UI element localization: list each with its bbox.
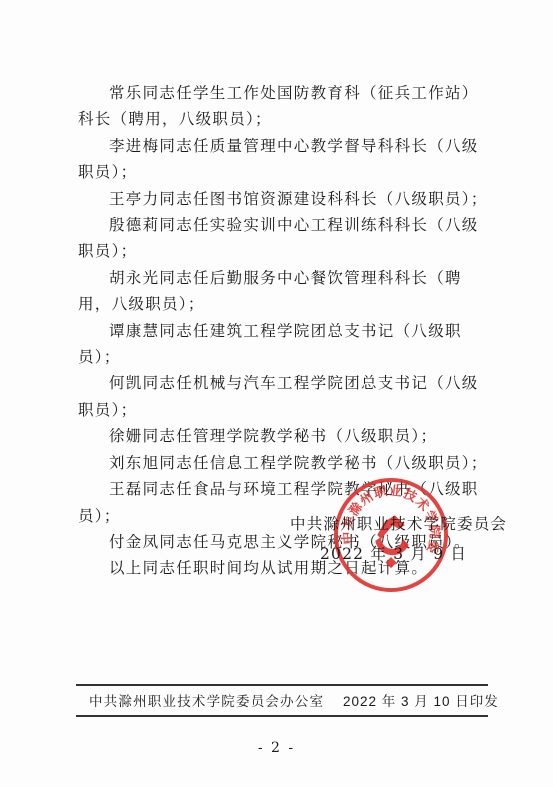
appointment-paragraph: 王亭力同志任图书馆资源建设科科长（八级职员）； — [78, 186, 490, 212]
appointment-paragraph: 殷德莉同志任实验实训中心工程训练科科长（八级职员）； — [78, 212, 490, 265]
footer-top-rule — [76, 684, 488, 686]
appointment-paragraph: 刘东旭同志任信息工程学院教学秘书（八级职员）； — [78, 450, 490, 476]
appointment-paragraph: 常乐同志任学生工作处国防教育科（征兵工作站）科长（聘用，八级职员）； — [78, 80, 490, 133]
footer-issuer: 中共滁州职业技术学院委员会办公室 — [89, 690, 324, 710]
appointment-paragraph: 谭康慧同志任建筑工程学院团总支书记（八级职员）； — [78, 318, 490, 371]
footer-issue-date: 2022 年 3 月 10 日印发 — [343, 690, 499, 710]
signature-date: 2022 年 3 月 9 日 — [320, 542, 467, 564]
document-page: 常乐同志任学生工作处国防教育科（征兵工作站）科长（聘用，八级职员）； 李进梅同志… — [0, 0, 553, 787]
issuing-organization: 中共滁州职业技术学院委员会 — [290, 512, 507, 534]
footer-bottom-rule — [76, 715, 488, 717]
appointment-paragraph: 何凯同志任机械与汽车工程学院团总支书记（八级职员）； — [78, 370, 490, 423]
appointment-paragraph: 徐姗同志任管理学院教学秘书（八级职员）； — [78, 423, 490, 449]
appointment-paragraph: 李进梅同志任质量管理中心教学督导科科长（八级职员）； — [78, 133, 490, 186]
official-seal-icon: 中共滁州职业技术学院委员会 — [332, 476, 450, 594]
appointment-paragraph: 胡永光同志任后勤服务中心餐饮管理科科长（聘用，八级职员）； — [78, 265, 490, 318]
page-number: - 2 - — [0, 740, 553, 756]
